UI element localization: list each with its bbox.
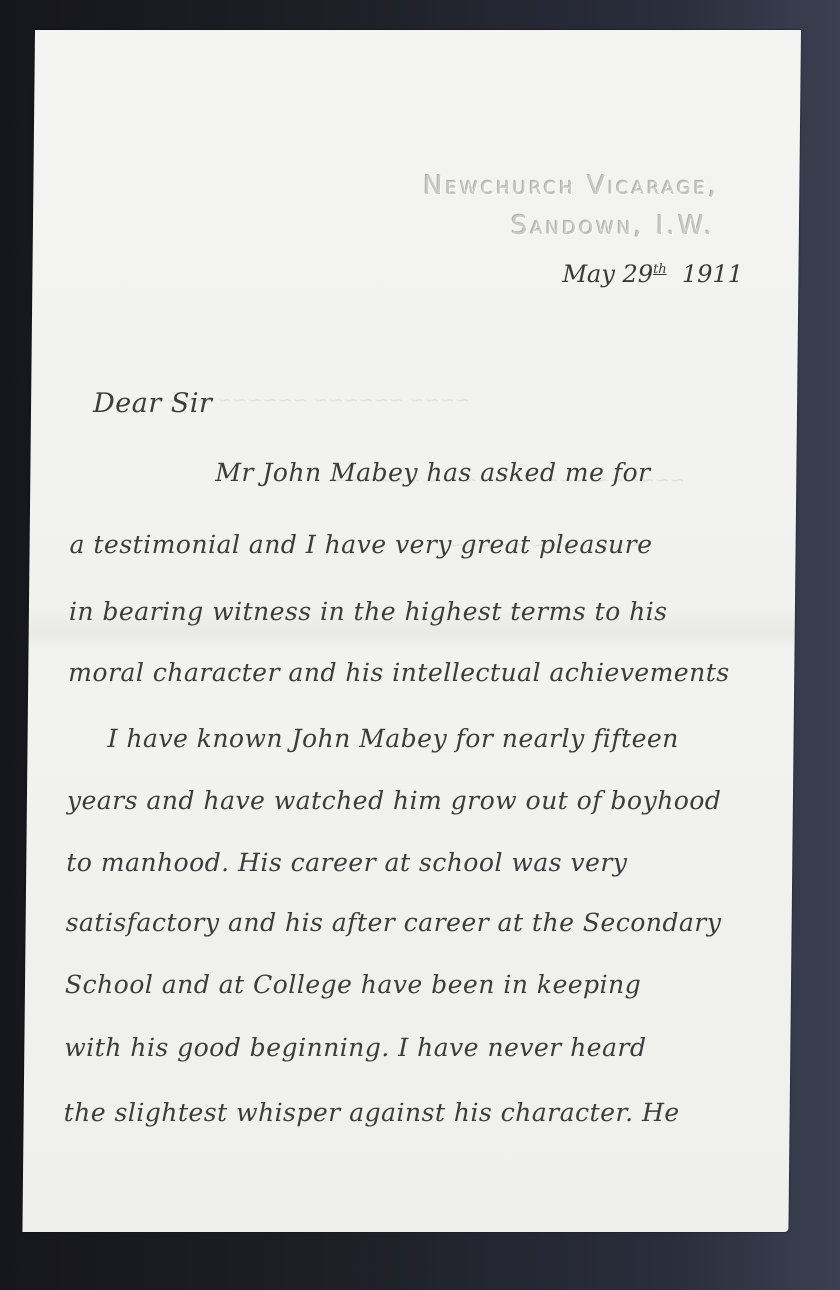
salutation: Dear Sir bbox=[93, 388, 213, 419]
letter-page: ~~~~ ~~~~~~ ~~~~~~ ~~~~ ~~~~~~ ~~~ ~~~~~… bbox=[22, 30, 801, 1232]
date-year: 1911 bbox=[682, 260, 743, 288]
body-line: Mr John Mabey has asked me for bbox=[215, 458, 651, 487]
letter-date: May 29th 1911 bbox=[562, 260, 743, 288]
body-line: the slightest whisper against his charac… bbox=[64, 1098, 680, 1127]
letterhead-address-line-2: Sandown, I.W. bbox=[423, 206, 716, 246]
date-suffix: th bbox=[653, 262, 667, 277]
body-line: with his good beginning. I have never he… bbox=[64, 1033, 646, 1062]
body-line: School and at College have been in keepi… bbox=[65, 970, 642, 999]
body-line: moral character and his intellectual ach… bbox=[68, 658, 730, 687]
body-line: years and have watched him grow out of b… bbox=[67, 786, 722, 815]
embossed-letterhead: Newchurch Vicarage, Sandown, I.W. bbox=[423, 166, 720, 246]
date-month-day: May 29 bbox=[562, 260, 653, 288]
body-line: I have known John Mabey for nearly fifte… bbox=[107, 724, 679, 753]
letterhead-address-line-1: Newchurch Vicarage, bbox=[423, 166, 720, 206]
body-line: satisfactory and his after career at the… bbox=[66, 908, 722, 937]
body-line: in bearing witness in the highest terms … bbox=[69, 597, 668, 626]
body-line: to manhood. His career at school was ver… bbox=[66, 848, 628, 877]
body-line: a testimonial and I have very great plea… bbox=[69, 530, 652, 559]
